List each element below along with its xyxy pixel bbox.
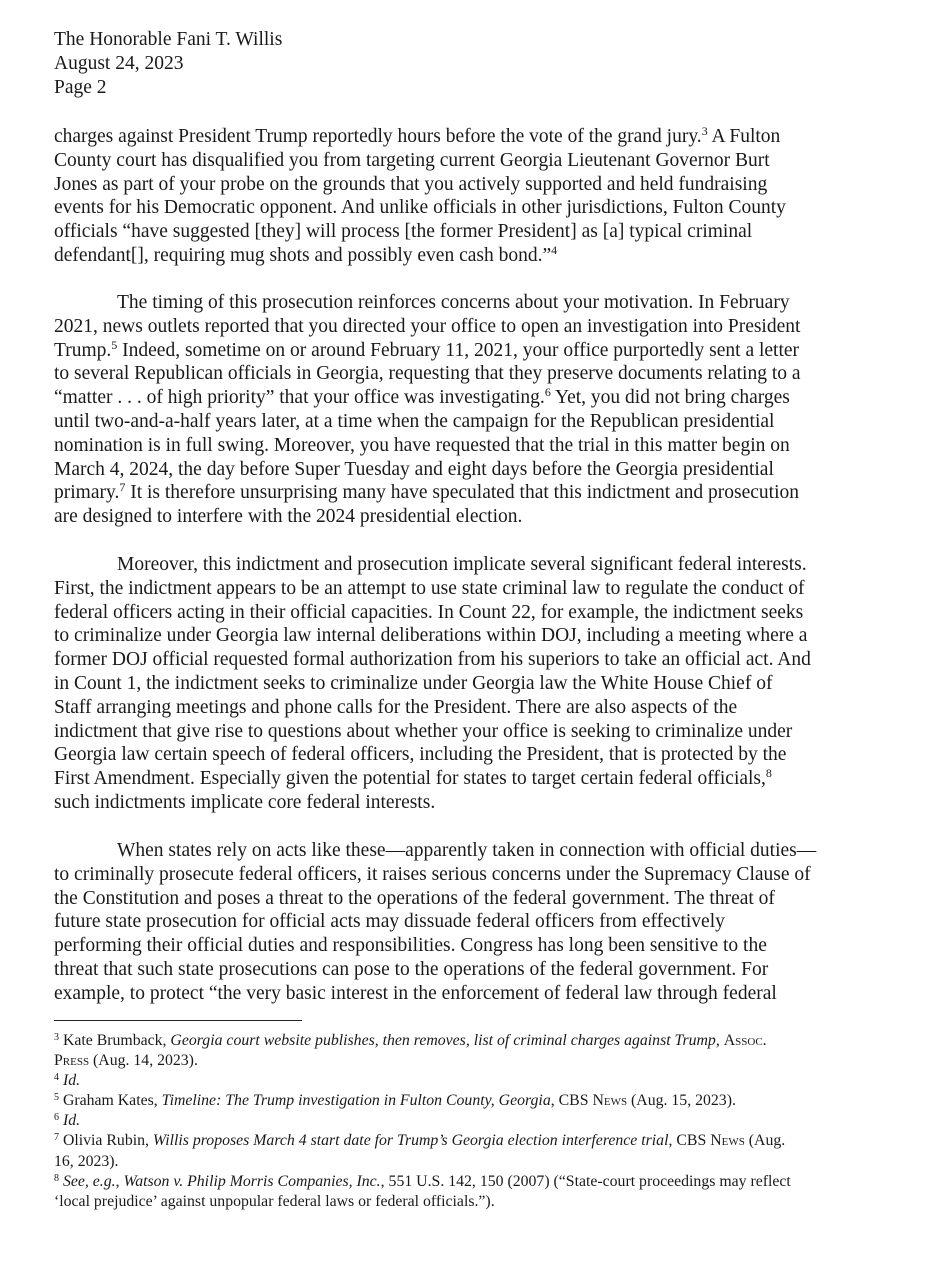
footnote-line: Press (Aug. 14, 2023). <box>54 1051 874 1071</box>
text-line: defendant[], requiring mug shots and pos… <box>54 244 874 268</box>
letter-date: August 24, 2023 <box>54 52 864 76</box>
footnote: 4 Id. <box>54 1071 874 1091</box>
text-line: Georgia law certain speech of federal of… <box>54 743 874 767</box>
italic-text: Georgia court website publishes, then re… <box>170 1032 715 1049</box>
footnote-ref: 8 <box>766 766 772 780</box>
footnote-ref: 7 <box>54 1132 59 1143</box>
text-line: officials “have suggested [they] will pr… <box>54 220 874 244</box>
footnote-ref: 8 <box>54 1173 59 1184</box>
text-line: are designed to interfere with the 2024 … <box>54 505 874 529</box>
text-line: events for his Democratic opponent. And … <box>54 196 874 220</box>
footnote-line: 16, 2023). <box>54 1152 874 1172</box>
footnote-line: 8 See, e.g., Watson v. Philip Morris Com… <box>54 1172 874 1192</box>
text-line: primary.7 It is therefore unsurprising m… <box>54 481 874 505</box>
footnote: 5 Graham Kates, Timeline: The Trump inve… <box>54 1091 874 1111</box>
text-line: Moreover, this indictment and prosecutio… <box>54 553 874 577</box>
text-line: charges against President Trump reported… <box>54 125 874 149</box>
text-line: County court has disqualified you from t… <box>54 149 874 173</box>
text-line: threat that such state prosecutions can … <box>54 958 874 982</box>
letter-header: The Honorable Fani T. Willis August 24, … <box>54 28 864 100</box>
footnote-ref: 6 <box>54 1112 59 1123</box>
text-line: to several Republican officials in Georg… <box>54 362 874 386</box>
footnote: 6 Id. <box>54 1111 874 1131</box>
text-line: Staff arranging meetings and phone calls… <box>54 696 874 720</box>
body-paragraph: Moreover, this indictment and prosecutio… <box>54 553 874 815</box>
text-line: in Count 1, the indictment seeks to crim… <box>54 672 874 696</box>
text-line: performing their official duties and res… <box>54 934 874 958</box>
small-caps-text: News <box>710 1132 745 1149</box>
letter-page: The Honorable Fani T. Willis August 24, … <box>54 28 864 100</box>
small-caps-text: Assoc. <box>724 1032 767 1049</box>
footnote: 3 Kate Brumback, Georgia court website p… <box>54 1031 874 1071</box>
text-line: 2021, news outlets reported that you dir… <box>54 315 874 339</box>
footnote-ref: 3 <box>54 1032 59 1043</box>
text-line: to criminally prosecute federal officers… <box>54 863 874 887</box>
footnote-ref: 7 <box>119 480 125 494</box>
footnote-line: 3 Kate Brumback, Georgia court website p… <box>54 1031 874 1051</box>
footnotes: 3 Kate Brumback, Georgia court website p… <box>54 1031 874 1212</box>
text-line: Trump.5 Indeed, sometime on or around Fe… <box>54 339 874 363</box>
text-line: The timing of this prosecution reinforce… <box>54 291 874 315</box>
footnote-line: ‘local prejudice’ against unpopular fede… <box>54 1192 874 1212</box>
text-line: federal officers acting in their officia… <box>54 601 874 625</box>
text-line: until two-and-a-half years later, at a t… <box>54 410 874 434</box>
footnote: 7 Olivia Rubin, Willis proposes March 4 … <box>54 1131 874 1171</box>
body-paragraph: charges against President Trump reported… <box>54 125 874 268</box>
footnote-ref: 3 <box>702 124 708 138</box>
text-line: First, the indictment appears to be an a… <box>54 577 874 601</box>
text-line: “matter . . . of high priority” that you… <box>54 386 874 410</box>
body-paragraph: When states rely on acts like these—appa… <box>54 839 874 1006</box>
text-line: When states rely on acts like these—appa… <box>54 839 874 863</box>
small-caps-text: Press <box>54 1052 89 1069</box>
footnote-line: 6 Id. <box>54 1111 874 1131</box>
text-line: First Amendment. Especially given the po… <box>54 767 874 791</box>
text-line: future state prosecution for official ac… <box>54 910 874 934</box>
text-line: former DOJ official requested formal aut… <box>54 648 874 672</box>
footnote-line: 7 Olivia Rubin, Willis proposes March 4 … <box>54 1131 874 1151</box>
footnote-ref: 4 <box>54 1072 59 1083</box>
text-line: March 4, 2024, the day before Super Tues… <box>54 458 874 482</box>
text-line: indictment that give rise to questions a… <box>54 720 874 744</box>
italic-text: Timeline: The Trump investigation in Ful… <box>162 1092 551 1109</box>
text-line: example, to protect “the very basic inte… <box>54 982 874 1006</box>
footnote-ref: 5 <box>111 338 117 352</box>
footnote-separator <box>54 1020 302 1021</box>
footnote-ref: 4 <box>551 243 557 257</box>
italic-text: Willis proposes March 4 start date for T… <box>153 1132 669 1149</box>
footnote-line: 4 Id. <box>54 1071 874 1091</box>
small-caps-text: News <box>592 1092 627 1109</box>
italic-text: Id. <box>63 1112 80 1129</box>
text-line: such indictments implicate core federal … <box>54 791 874 815</box>
text-line: Jones as part of your probe on the groun… <box>54 173 874 197</box>
footnote-ref: 5 <box>54 1092 59 1103</box>
italic-text: Watson v. Philip Morris Companies, Inc. <box>124 1173 381 1190</box>
text-line: nomination is in full swing. Moreover, y… <box>54 434 874 458</box>
recipient-name: The Honorable Fani T. Willis <box>54 28 864 52</box>
text-line: to criminalize under Georgia law interna… <box>54 624 874 648</box>
italic-text: Id. <box>63 1072 80 1089</box>
footnote: 8 See, e.g., Watson v. Philip Morris Com… <box>54 1172 874 1212</box>
footnote-ref: 6 <box>545 385 551 399</box>
page-number: Page 2 <box>54 76 864 100</box>
footnote-line: 5 Graham Kates, Timeline: The Trump inve… <box>54 1091 874 1111</box>
text-line: the Constitution and poses a threat to t… <box>54 887 874 911</box>
italic-text: See, e.g. <box>63 1173 116 1190</box>
body-paragraph: The timing of this prosecution reinforce… <box>54 291 874 529</box>
